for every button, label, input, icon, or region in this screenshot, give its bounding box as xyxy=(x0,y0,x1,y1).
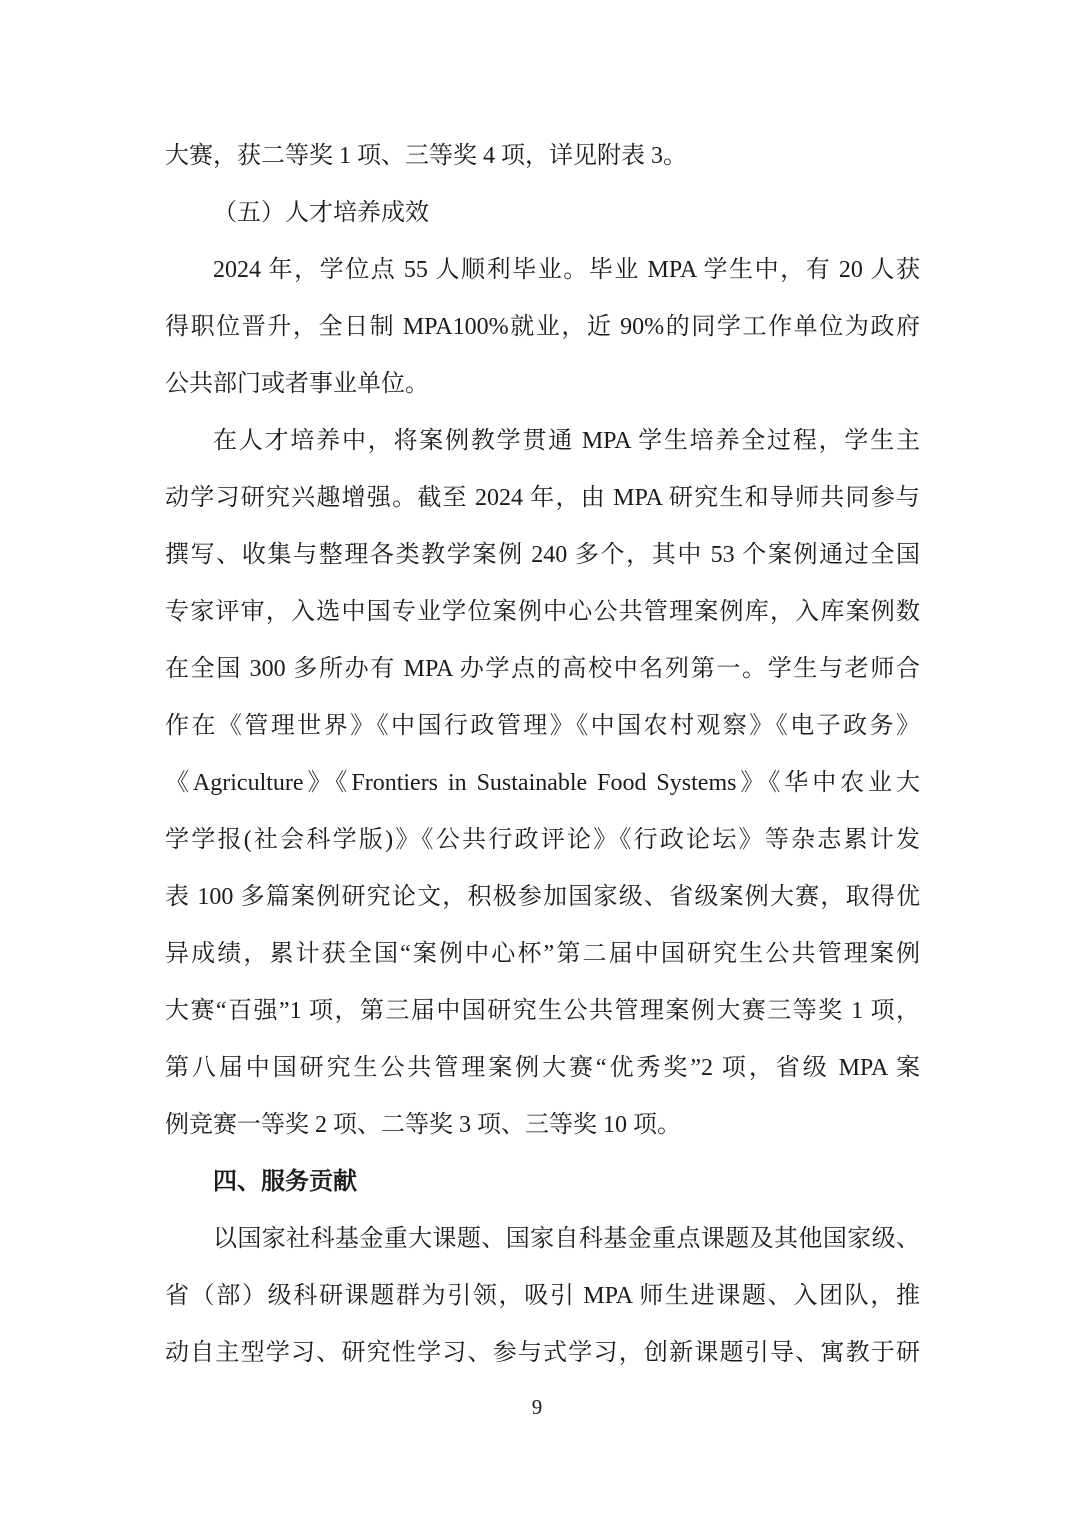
text-line: 在人才培养中，将案例教学贯通 MPA 学生培养全过程，学生主 xyxy=(165,413,920,470)
text-line: 第八届中国研究生公共管理案例大赛“优秀奖”2 项，省级 MPA 案 xyxy=(165,1040,920,1097)
text-line: 省（部）级科研课题群为引领，吸引 MPA 师生进课题、入团队，推 xyxy=(165,1268,920,1325)
text-line: 大赛“百强”1 项，第三届中国研究生公共管理案例大赛三等奖 1 项， xyxy=(165,983,920,1040)
text-line: 《Agriculture》《Frontiers in Sustainable F… xyxy=(165,755,920,812)
text-line: （五）人才培养成效 xyxy=(165,185,920,242)
text-line: 在全国 300 多所办有 MPA 办学点的高校中名列第一。学生与老师合 xyxy=(165,641,920,698)
text-line: 得职位晋升，全日制 MPA100%就业，近 90%的同学工作单位为政府 xyxy=(165,299,920,356)
text-line: 专家评审，入选中国专业学位案例中心公共管理案例库，入库案例数 xyxy=(165,584,920,641)
text-line: 例竞赛一等奖 2 项、二等奖 3 项、三等奖 10 项。 xyxy=(165,1097,920,1154)
text-line: 动自主型学习、研究性学习、参与式学习，创新课题引导、寓教于研 xyxy=(165,1325,920,1382)
section-heading: 四、服务贡献 xyxy=(165,1154,920,1211)
text-line: 以国家社科基金重大课题、国家自科基金重点课题及其他国家级、 xyxy=(165,1211,920,1268)
text-line: 撰写、收集与整理各类教学案例 240 多个，其中 53 个案例通过全国 xyxy=(165,527,920,584)
text-line: 公共部门或者事业单位。 xyxy=(165,356,920,413)
text-line: 大赛，获二等奖 1 项、三等奖 4 项，详见附表 3。 xyxy=(165,128,920,185)
text-line: 异成绩，累计获全国“案例中心杯”第二届中国研究生公共管理案例 xyxy=(165,926,920,983)
text-line: 表 100 多篇案例研究论文，积极参加国家级、省级案例大赛，取得优 xyxy=(165,869,920,926)
text-line: 学学报(社会科学版)》《公共行政评论》《行政论坛》等杂志累计发 xyxy=(165,812,920,869)
page-number: 9 xyxy=(0,1392,1074,1422)
document-page: 大赛，获二等奖 1 项、三等奖 4 项，详见附表 3。（五）人才培养成效2024… xyxy=(0,0,1074,1520)
text-line: 作在《管理世界》《中国行政管理》《中国农村观察》《电子政务》 xyxy=(165,698,920,755)
text-line: 2024 年，学位点 55 人顺利毕业。毕业 MPA 学生中，有 20 人获 xyxy=(165,242,920,299)
document-body: 大赛，获二等奖 1 项、三等奖 4 项，详见附表 3。（五）人才培养成效2024… xyxy=(165,128,920,1382)
text-line: 动学习研究兴趣增强。截至 2024 年，由 MPA 研究生和导师共同参与 xyxy=(165,470,920,527)
